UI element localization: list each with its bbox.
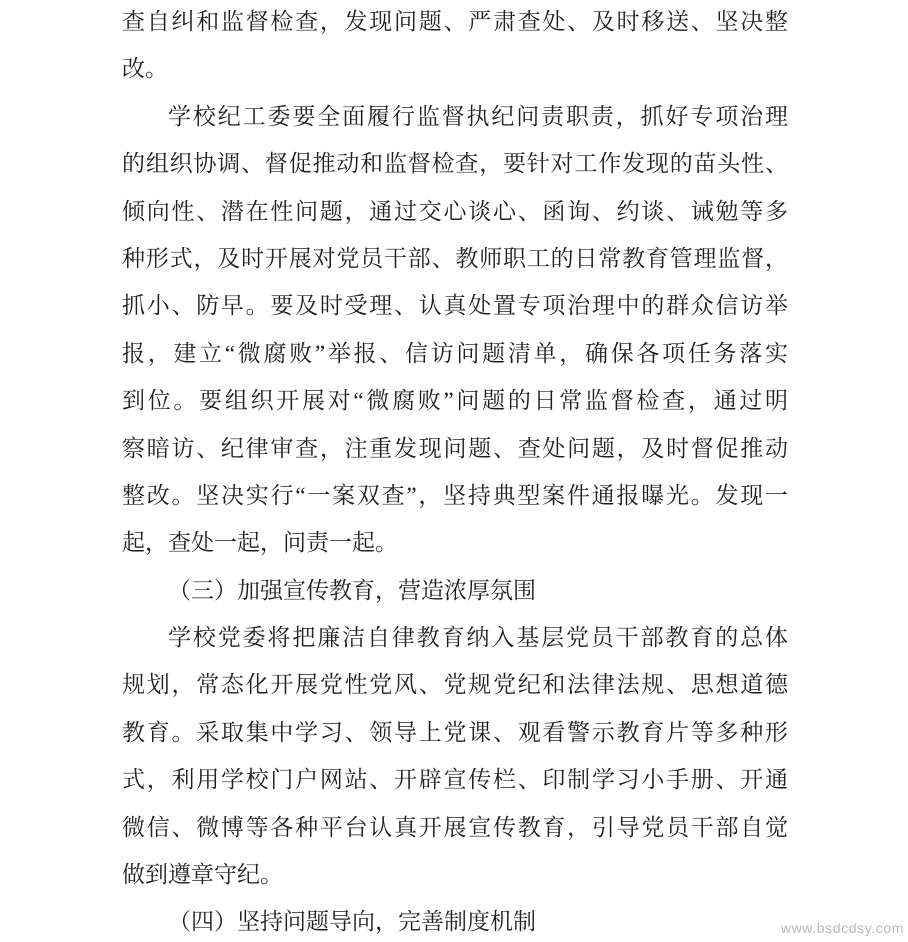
text-line: 到位。要组织开展对“微腐败”问题的日常监督检查，通过明: [122, 377, 788, 424]
text-line: 式，利用学校门户网站、开辟宣传栏、印制学习小手册、开通: [122, 756, 788, 803]
text-line: 教育。采取集中学习、领导上党课、观看警示教育片等多种形: [122, 709, 788, 756]
text-line: 改。: [122, 45, 788, 92]
text-line: 察暗访、纪律审查，注重发现问题、查处问题，及时督促推动: [122, 425, 788, 472]
document-text-block: 查自纠和监督检查，发现问题、严肃查处、及时移送、坚决整 改。 学校纪工委要全面履…: [122, 0, 788, 942]
text-line: 的组织协调、督促推动和监督检查，要针对工作发现的苗头性、: [122, 140, 788, 187]
watermark: www.bsdcdsy.com: [781, 920, 904, 936]
text-line: 做到遵章守纪。: [122, 851, 788, 898]
document-page: 查自纠和监督检查，发现问题、严肃查处、及时移送、坚决整 改。 学校纪工委要全面履…: [0, 0, 908, 942]
text-line: 种形式，及时开展对党员干部、教师职工的日常教育管理监督，: [122, 235, 788, 282]
text-line: 整改。坚决实行“一案双查”，坚持典型案件通报曝光。发现一: [122, 472, 788, 519]
text-line: 学校党委将把廉洁自律教育纳入基层党员干部教育的总体: [122, 614, 788, 661]
text-line: 报，建立“微腐败”举报、信访问题清单，确保各项任务落实: [122, 330, 788, 377]
text-line: 起，查处一起，问责一起。: [122, 519, 788, 566]
text-line: 抓小、防早。要及时受理、认真处置专项治理中的群众信访举: [122, 282, 788, 329]
text-line: 微信、微博等各种平台认真开展宣传教育，引导党员干部自觉: [122, 804, 788, 851]
text-line: 倾向性、潜在性问题，通过交心谈心、函询、约谈、诫勉等多: [122, 188, 788, 235]
section-heading: （三）加强宣传教育，营造浓厚氛围: [122, 567, 788, 614]
text-line: 查自纠和监督检查，发现问题、严肃查处、及时移送、坚决整: [122, 0, 788, 45]
section-heading: （四）坚持问题导向，完善制度机制: [122, 898, 788, 942]
text-line: 规划，常态化开展党性党风、党规党纪和法律法规、思想道德: [122, 661, 788, 708]
text-line: 学校纪工委要全面履行监督执纪问责职责，抓好专项治理: [122, 93, 788, 140]
